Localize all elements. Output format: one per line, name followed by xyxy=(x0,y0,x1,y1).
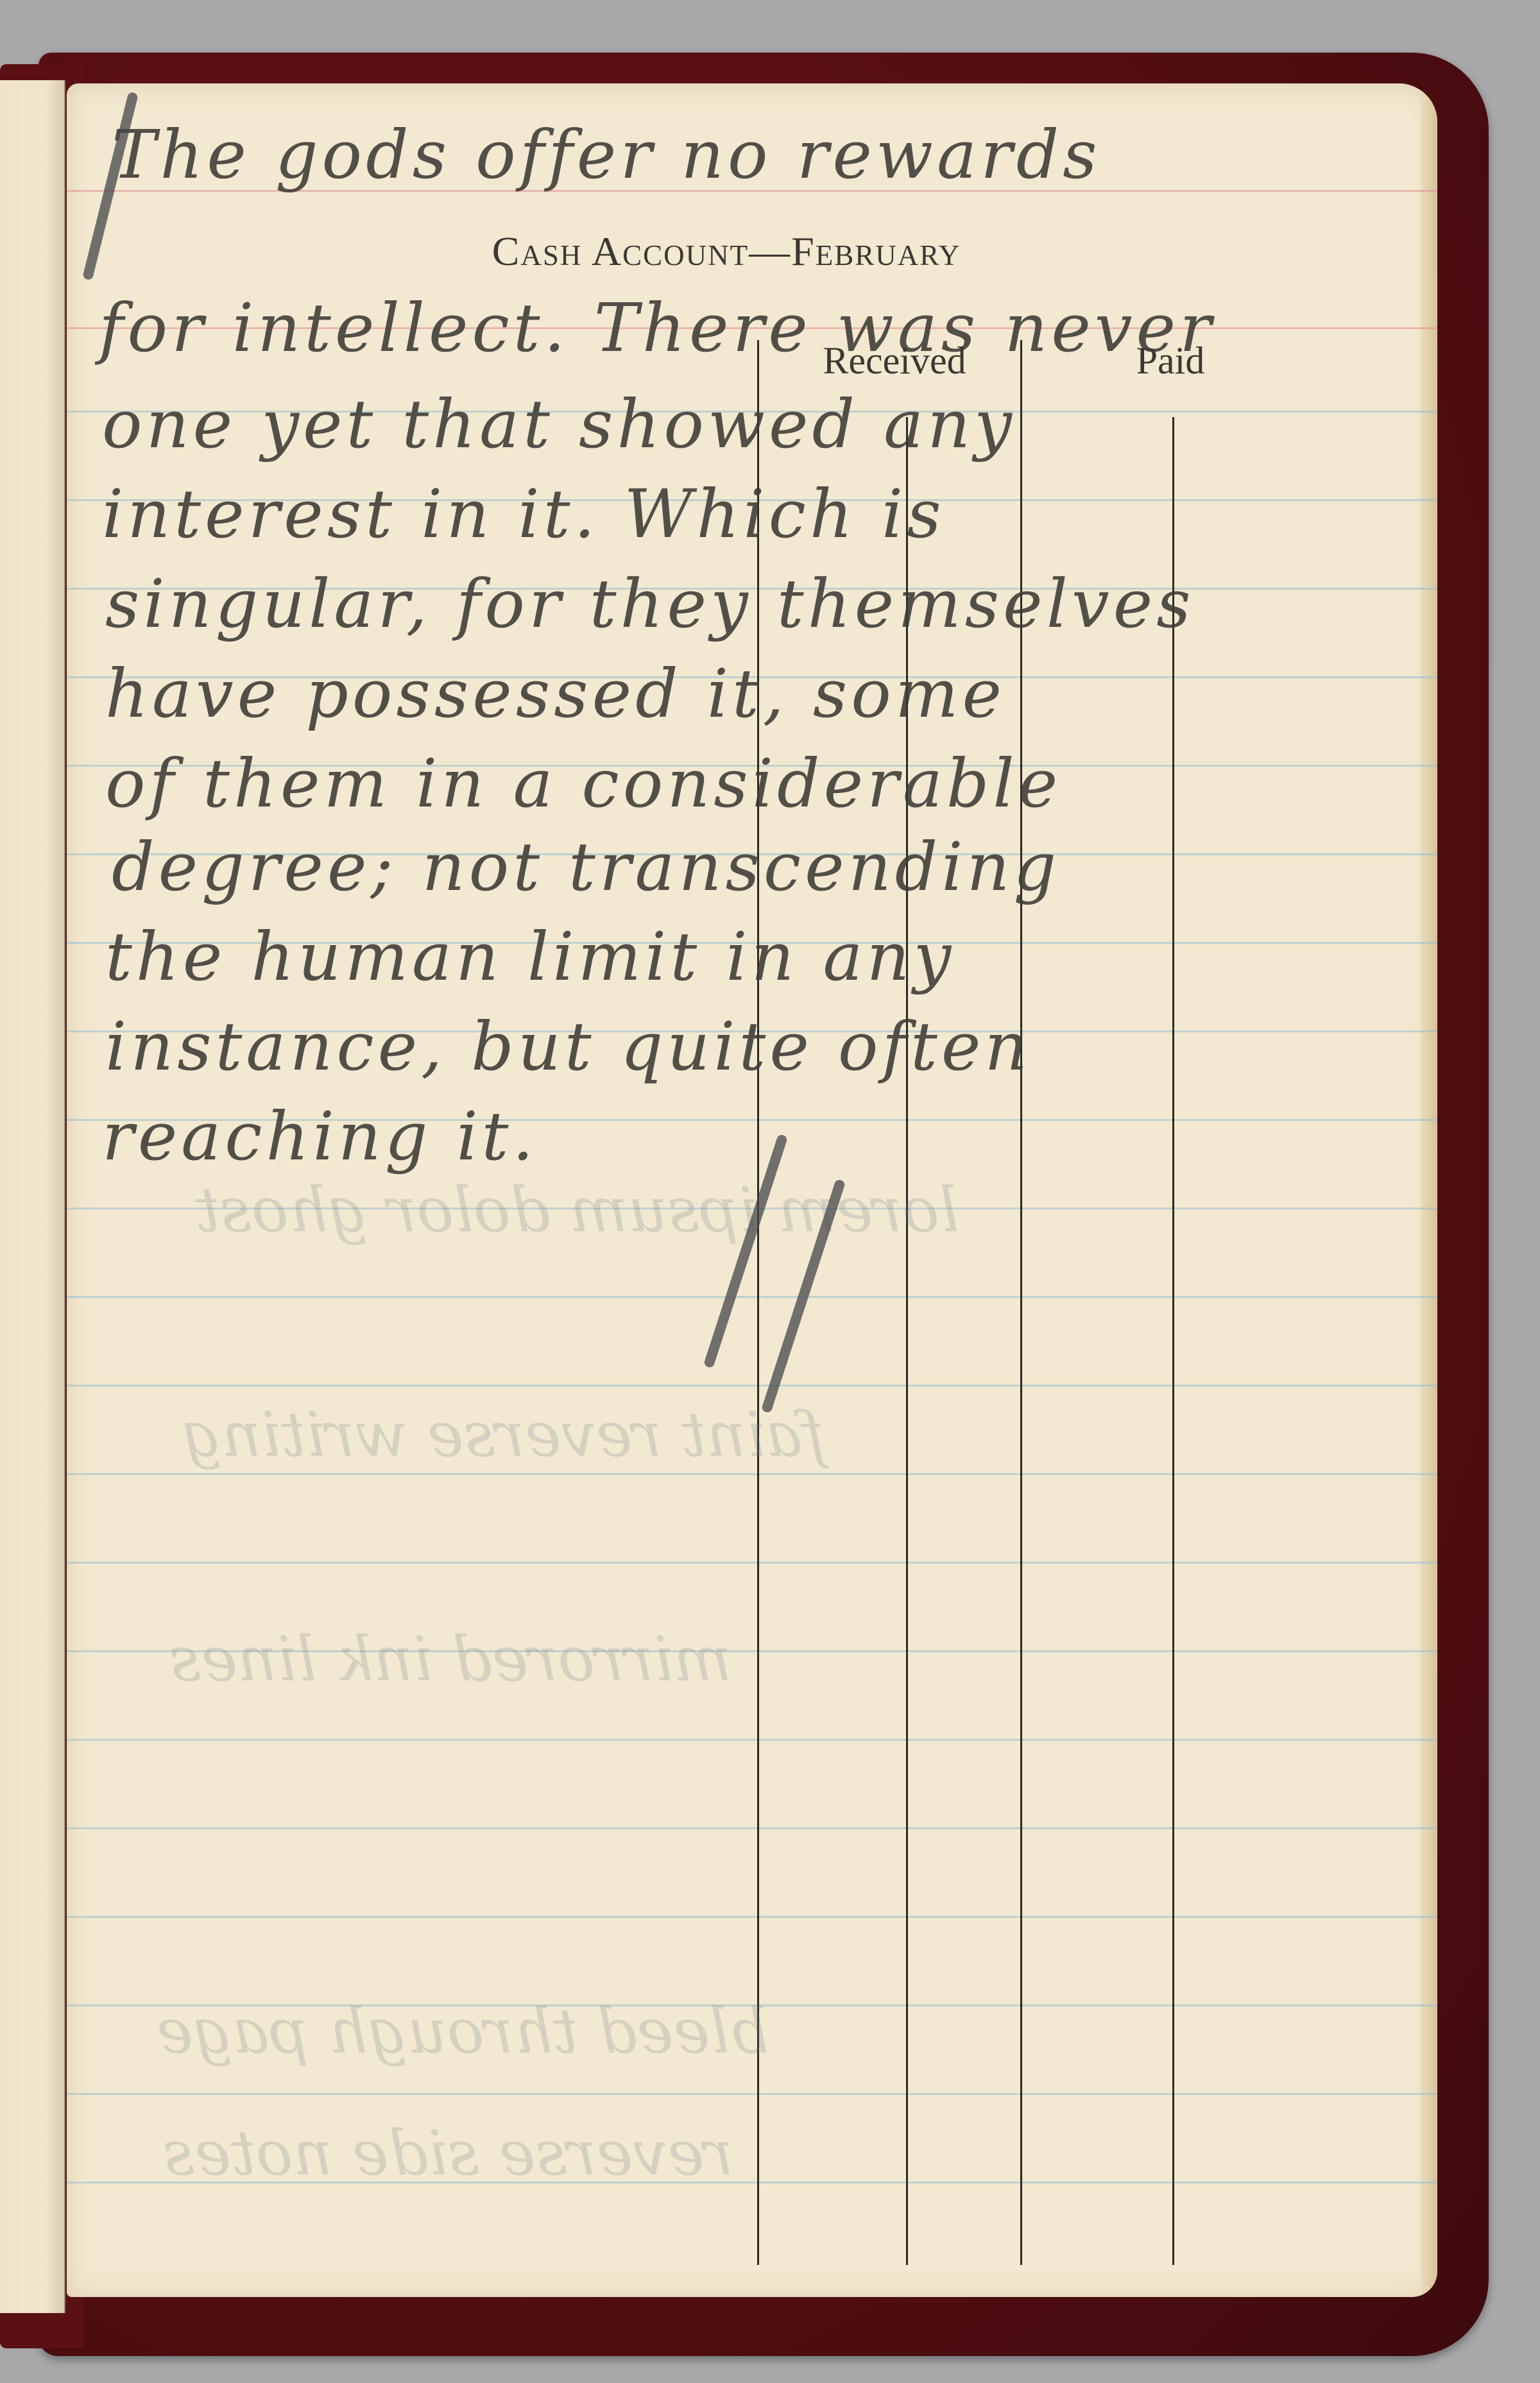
handwritten-line: one yet that showed any xyxy=(102,385,1016,463)
handwritten-line: degree; not transcending xyxy=(112,828,1060,906)
handwritten-line: instance, but quite often xyxy=(105,1007,1031,1086)
blue-rule xyxy=(67,1562,1437,1564)
bleed-through-text: bleed through page xyxy=(157,1995,769,2067)
handwritten-line: The gods offer no rewards xyxy=(112,115,1101,194)
pencil-end-mark xyxy=(703,1134,789,1369)
blue-rule xyxy=(67,1916,1437,1918)
blue-rule xyxy=(67,1827,1437,1829)
handwritten-line: singular, for they themselves xyxy=(105,565,1195,643)
handwritten-line: of them in a considerable xyxy=(105,744,1061,823)
blue-rule xyxy=(67,1385,1437,1387)
handwritten-line: reaching it. xyxy=(102,1097,537,1175)
left-page-strip xyxy=(0,80,65,2313)
page-edge xyxy=(1421,83,1437,2297)
handwritten-line: have possessed it, some xyxy=(105,654,1005,733)
handwritten-line: for intellect. There was never xyxy=(99,289,1215,367)
column-line xyxy=(1172,417,1174,2265)
handwritten-line: the human limit in any xyxy=(105,918,955,996)
bleed-through-text: mirrored ink lines xyxy=(169,1623,732,1695)
blue-rule xyxy=(67,2093,1437,2095)
blue-rule xyxy=(67,1296,1437,1298)
bleed-through-text: reverse side notes xyxy=(163,2117,733,2189)
blue-rule xyxy=(67,1473,1437,1475)
blue-rule xyxy=(67,1739,1437,1741)
printed-title: Cash Account—February xyxy=(67,228,1412,275)
handwritten-line: interest in it. Which is xyxy=(102,475,945,553)
diary-page: Cash Account—February Received Paid lore… xyxy=(67,83,1437,2297)
bleed-through-text: faint reverse writing xyxy=(182,1399,825,1471)
